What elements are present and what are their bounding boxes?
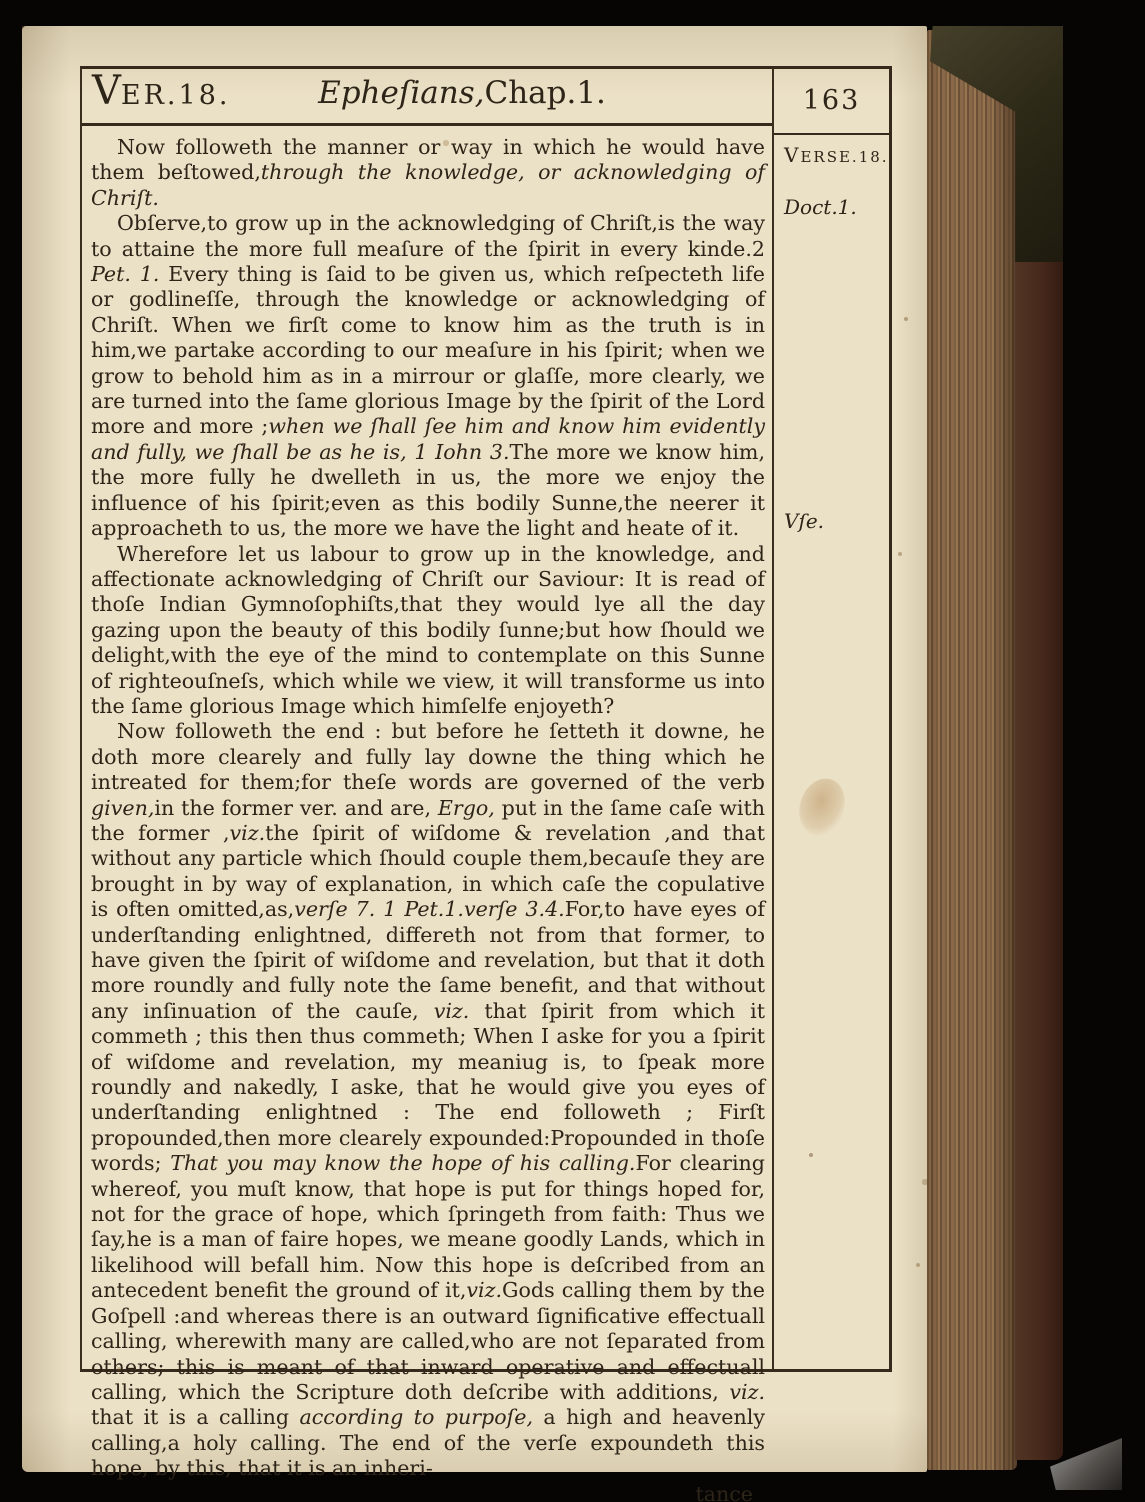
italic-run: viz. xyxy=(466,1278,502,1302)
catchword: tance xyxy=(91,1482,765,1502)
paragraph: Now followeth the manner or way in which… xyxy=(91,135,765,211)
italic-run: Ergo, xyxy=(438,796,495,820)
italic-run: viz. xyxy=(230,821,266,845)
italic-run: That you may know the hope of his callin… xyxy=(170,1151,635,1175)
foxing-speckles xyxy=(22,26,24,28)
margin-note-verse: VERSE.18. xyxy=(784,143,889,167)
italic-run: verſe 7. 1 Pet.1.verſe 3.4. xyxy=(294,897,565,921)
italic-run: Pet. 1. xyxy=(91,262,159,286)
margin-verse-rest: ERSE.18. xyxy=(800,148,888,166)
roman-run: that ſpirit from which it commeth ; this… xyxy=(91,999,765,1175)
paragraph: Obſerve,to grow up in the acknowledging … xyxy=(91,211,765,541)
page-number: 163 xyxy=(774,85,889,116)
chapter-label: Chap.1. xyxy=(484,75,605,111)
italic-run: given, xyxy=(91,796,154,820)
book-fore-edge xyxy=(927,30,1017,1470)
printed-text-frame: VER.18. Epheſians,Chap.1. 163 Now follow… xyxy=(80,66,892,1372)
margin-note-use: Vſe. xyxy=(784,509,824,533)
italic-run: according to purpoſe, xyxy=(299,1405,533,1429)
margin-divider-rule xyxy=(772,69,774,1369)
main-text-column: Now followeth the manner or way in which… xyxy=(91,135,765,1502)
verse-initial: V xyxy=(92,68,121,114)
italic-run: viz. xyxy=(434,999,470,1023)
book-name: Epheſians, xyxy=(318,75,484,111)
italic-run: viz. xyxy=(729,1380,765,1404)
roman-run: Wherefore let us labour to grow up in th… xyxy=(91,542,765,718)
paragraph: Now followeth the end : but before he ſe… xyxy=(91,719,765,1481)
margin-verse-initial: V xyxy=(784,143,800,167)
margin-note-doctrine: Doct.1. xyxy=(784,195,857,219)
running-header-title: Epheſians,Chap.1. xyxy=(202,75,722,111)
cover-cloth-edge xyxy=(1015,262,1063,1460)
book-page-scan: VER.18. Epheſians,Chap.1. 163 Now follow… xyxy=(22,26,927,1472)
roman-run: Now followeth the end : but before he ſe… xyxy=(91,719,765,794)
roman-run: in the former ver. and are, xyxy=(154,796,437,820)
header-rule xyxy=(82,123,772,126)
roman-run: that it is a calling xyxy=(91,1405,299,1429)
roman-run: Every thing is ſaid to be given us, whic… xyxy=(91,262,765,438)
roman-run: Obſerve,to grow up in the acknowledging … xyxy=(91,211,765,260)
paragraph: Wherefore let us labour to grow up in th… xyxy=(91,542,765,720)
margin-header-rule xyxy=(774,133,889,135)
